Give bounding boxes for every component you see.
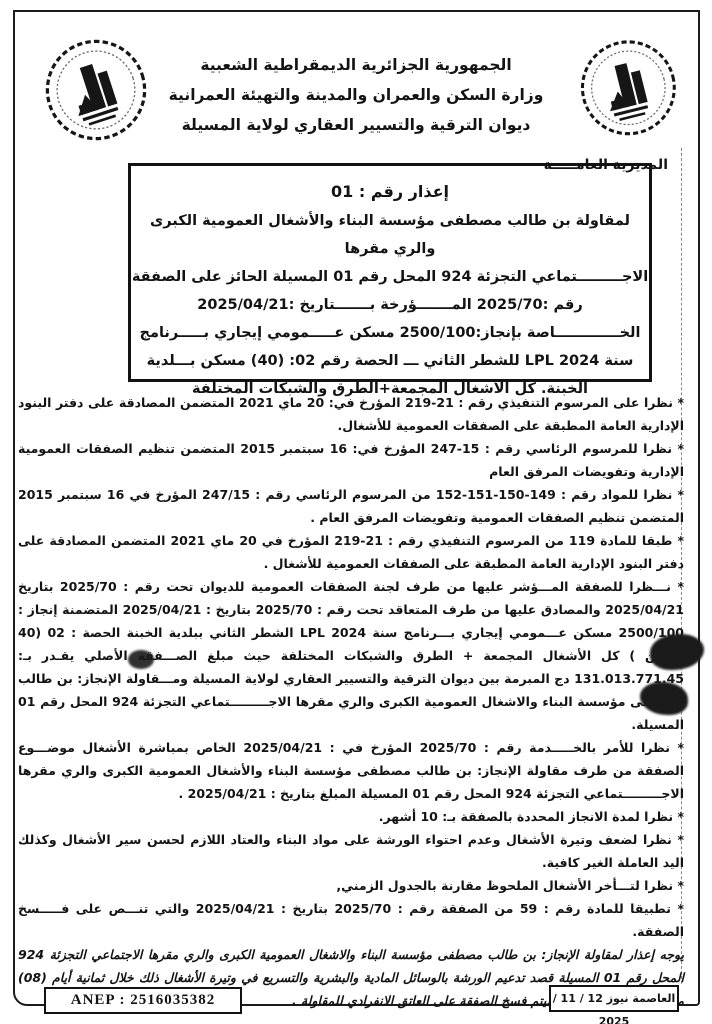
notice-line: سنة 2024 LPL للشطر الثاني ـــ الحصة رقم … [131, 347, 649, 375]
notice-line: لمقاولة بن طالب مصطفى مؤسسة البناء والأش… [131, 207, 649, 263]
clause-paragraph: * نظرا لتـــأخر الأشغال الملحوظ مقارنة ب… [18, 874, 684, 897]
letterhead: الجمهورية الجزائرية الديمقراطية الشعبية … [121, 50, 591, 140]
clauses-body: * نظرا على المرسوم التنفيذي رقم : 21-219… [18, 391, 684, 1012]
notice-line: رقم :2025/70 المـــــــؤرخة بـــــــتاري… [131, 291, 649, 319]
notice-line: الاجـــــــــتماعي التجزئة 924 المحل رقم… [131, 263, 649, 291]
anep-reference-box: ANEP : 2516035382 [44, 987, 242, 1014]
clause-paragraph: * نظرا للأمر بالخـــــدمة رقم : 2025/70 … [18, 736, 684, 805]
clause-paragraph: * نظرا على المرسوم التنفيذي رقم : 21-219… [18, 391, 684, 437]
clause-paragraph: * نظرا للمواد رقم : 149-150-151-152 من ا… [18, 483, 684, 529]
office-title: ديوان الترقية والتسيير العقاري لولاية ال… [121, 110, 591, 140]
republic-title: الجمهورية الجزائرية الديمقراطية الشعبية [121, 50, 591, 80]
notice-line: الخـــــــــــــاصة بإنجاز:2500/100 مسكن… [131, 319, 649, 347]
clause-paragraph: * نظرا لضعف وتيرة الأشغال وعدم احتواء ال… [18, 828, 684, 874]
clause-paragraph: * تطبيقا للمادة رقم : 59 من الصفقة رقم :… [18, 897, 684, 943]
clause-paragraph: * نظرا للمرسوم الرئاسي رقم : 15-247 المؤ… [18, 437, 684, 483]
clause-paragraph: * نـــظرا للصفقة المـــؤشر عليها من طرف … [18, 575, 684, 736]
notice-summary-box: إعذار رقم : 01 لمقاولة بن طالب مصطفى مؤس… [128, 163, 652, 382]
publication-date-box: العاصمة نيوز 12 / 11 / 2025 [549, 985, 679, 1012]
scanned-notice-document: الجمهورية الجزائرية الديمقراطية الشعبية … [0, 0, 712, 1024]
ministry-title: وزارة السكن والعمران والمدينة والتهيئة ا… [121, 80, 591, 110]
notice-title: إعذار رقم : 01 [131, 177, 649, 207]
clause-paragraph: * طبقا للمادة 119 من المرسوم التنفيذي رق… [18, 529, 684, 575]
clause-paragraph: * نظرا لمدة الانجاز المحددة بالصفقة بـ: … [18, 805, 684, 828]
